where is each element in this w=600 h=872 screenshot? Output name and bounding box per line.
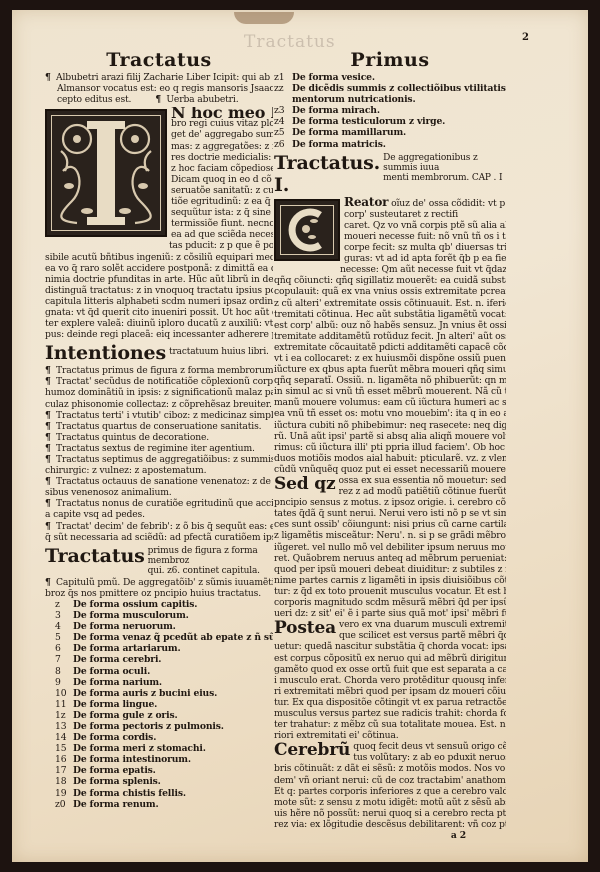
intentiones-list: ¶Tractatus primus de figura z forma memb… — [45, 365, 273, 543]
intro-line: cepto editus est.¶Uerba abubetri. — [45, 94, 273, 105]
postea-paragraph: Postea vero ex vna duarum musculi extrem… — [274, 619, 506, 641]
chapter-item: 13De forma pectoris z pulmonis. — [55, 721, 273, 732]
body-text-2: pncipio sensus z motus. z ipsoz origie. … — [274, 497, 506, 619]
folio-number: 2 — [522, 32, 529, 43]
chapter-list-right: z1De forma vesice. zzDe dicẽdis summis z… — [274, 72, 506, 150]
chapter-item: 3De forma musculorum. — [55, 610, 273, 621]
chapter-item: 15De forma meri z stomachi. — [55, 743, 273, 754]
decorated-initial-I — [45, 109, 167, 237]
chapter-item: z6De forma matricis. — [274, 139, 506, 150]
book-page: Tractatus 2 Tractatus ¶Albubetri arazi f… — [12, 10, 588, 862]
chapter-item: 11De forma lingue. — [55, 699, 273, 710]
capitulum-primum: ¶Capitulũ pmũ. De aggregatõib' z sũmis i… — [45, 577, 273, 588]
chapter-item: z3De forma mirach. — [274, 105, 506, 116]
chapter-list-left: zDe forma ossium capitis. 3De forma musc… — [45, 599, 273, 810]
body-text-1: qñq cõiuncti: qñq sigillatiz mouerẽt: ea… — [274, 275, 506, 475]
decorated-initial-C — [274, 199, 340, 261]
paragraph-mark-icon: ¶ — [45, 432, 56, 443]
opening-paragraph: N hoc meo li bro regi cuius vitaz plo ge… — [45, 107, 273, 240]
paragraph-mark-icon: ¶ — [45, 476, 56, 487]
list-item: ¶Tractat' decim' de febrib': z õ bis q̃ … — [45, 521, 273, 532]
chapter-item: 5De forma venaz q̃ pcedũt ab epate z ñ s… — [55, 632, 273, 643]
list-item: ¶Tractatus terti' i vtutib' ciboz: z med… — [45, 410, 273, 421]
list-item: ¶Tractatus quartus de conseruatione sani… — [45, 421, 273, 432]
paragraph-mark-icon: ¶ — [45, 498, 56, 509]
sed-lead-word: Sed qz — [274, 475, 336, 494]
tractatus-heading: Tractatus primus de figura z forma membr… — [45, 545, 273, 576]
paragraph-mark-icon: ¶ — [45, 521, 56, 532]
list-item: ¶Tractatus septimus de aggregatiõibus: z… — [45, 454, 273, 465]
running-head-left: Tractatus — [45, 48, 273, 72]
paragraph-mark-icon: ¶ — [45, 410, 56, 421]
body-text-3: uetur: quedã nascitur substãtia q̃ chord… — [274, 641, 506, 741]
running-head-right: Primus — [274, 48, 506, 72]
paragraph-mark-icon: ¶ — [45, 443, 56, 454]
chapter-one-opening: Reator oĩuz de' ossa cõdidit: vt p ea co… — [274, 197, 506, 265]
list-item: ¶Tractatus nonus de curatiõe egritudinũ … — [45, 498, 273, 509]
paragraph-mark-icon: ¶ — [45, 454, 56, 465]
list-item: ¶Tractat' secũdus de notificatiõe cõplex… — [45, 376, 273, 387]
signature-mark: a 2 — [274, 830, 506, 841]
cerebru-lead-word: Cerebrũ — [274, 741, 350, 760]
sed-paragraph: Sed qz ossa ex sua essentia nõ mouetur: … — [274, 475, 506, 497]
list-item: ¶Tractatus octauus de sanatione venenato… — [45, 476, 273, 487]
chapter-item: 14De forma cordis. — [55, 732, 273, 743]
chapter-item: 9De forma narium. — [55, 677, 273, 688]
chapter-item: z0De forma renum. — [55, 799, 273, 810]
chapter-item: zzDe dicẽdis summis z collectiõibus vtil… — [274, 83, 506, 94]
paragraph-mark-icon: ¶ — [155, 94, 166, 105]
left-column: Tractatus ¶Albubetri arazi filij Zachari… — [45, 48, 273, 810]
chapter-item: z5De forma mamillarum. — [274, 127, 506, 138]
paper-stain — [234, 12, 294, 24]
intentiones-heading: Intentiones tractatuum huius libri. — [45, 342, 273, 364]
body-text-4: bris cõtinuãt: z dãt ei sẽsũ: z motõis m… — [274, 763, 506, 830]
chapter-item: z4De forma testiculorum z virge. — [274, 116, 506, 127]
chapter-item: 16De forma intestinorum. — [55, 754, 273, 765]
paragraph-mark-icon: ¶ — [45, 421, 56, 432]
right-column: Primus z1De forma vesice. zzDe dicẽdis s… — [274, 48, 506, 841]
chapter-item: 6De forma artariarum. — [55, 643, 273, 654]
chapter-item: 7De forma cerebri. — [55, 654, 273, 665]
list-item: ¶Tractatus primus de figura z forma memb… — [45, 365, 273, 376]
list-item: ¶Tractatus quintus de decoratione. — [45, 432, 273, 443]
chapter-item: 17De forma epatis. — [55, 765, 273, 776]
chapter-item: 19De forma chistis fellis. — [55, 788, 273, 799]
paragraph-mark-icon: ¶ — [45, 365, 56, 376]
paragraph-mark-icon: ¶ — [45, 72, 56, 83]
chapter-item: mentorum nutricationis. — [274, 94, 506, 105]
list-item: ¶Tractatus sextus de regimine iter agent… — [45, 443, 273, 454]
chapter-item: 8De forma oculi. — [55, 666, 273, 677]
chapter-item: 4De forma neruorum. — [55, 621, 273, 632]
chapter-item: 18De forma splenis. — [55, 776, 273, 787]
chapter-item: 1zDe forma gule z oris. — [55, 710, 273, 721]
intro-line: ¶Albubetri arazi filij Zacharie Liber Ic… — [45, 72, 273, 83]
postea-lead-word: Postea — [274, 619, 336, 638]
first-line: N hoc meo li — [171, 107, 273, 118]
chapter-item: zDe forma ossium capitis. — [55, 599, 273, 610]
intro-line: Almansor vocatus est: eo q regis mansori… — [45, 83, 273, 94]
paragraph-mark-icon: ¶ — [45, 376, 56, 387]
paragraph-mark-icon: ¶ — [45, 577, 56, 588]
chapter-item: z1De forma vesice. — [274, 72, 506, 83]
cerebru-paragraph: Cerebrũ quoq fecit deus vt sensuũ origo … — [274, 741, 506, 763]
tractatus-I-heading: Tractatus. I. De aggregationibus z summi… — [274, 152, 506, 196]
chapter-item: 10De forma auris z bucini eius. — [55, 688, 273, 699]
